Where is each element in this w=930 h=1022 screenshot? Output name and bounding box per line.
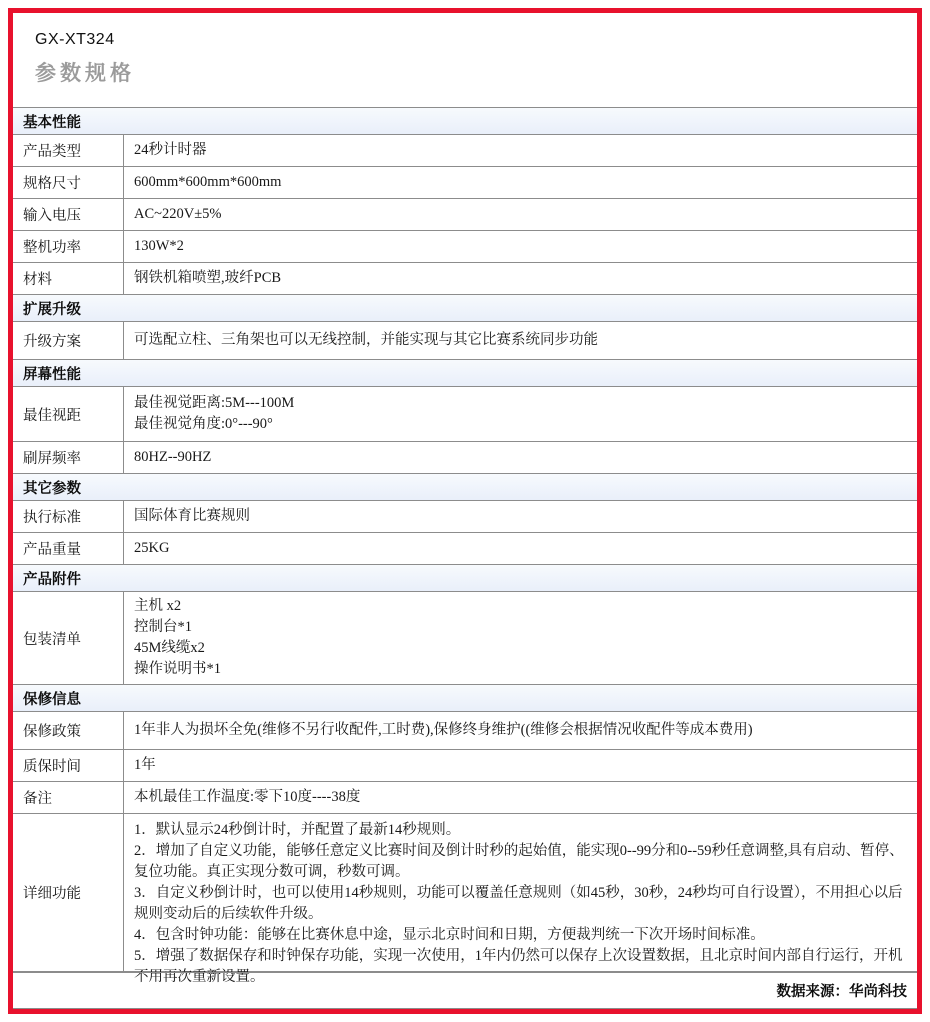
table-row: 输入电压 AC~220V±5%	[13, 199, 917, 231]
row-value: 1．默认显示24秒倒计时，并配置了最新14秒规则。 2．增加了自定义功能，能够任…	[124, 814, 917, 971]
product-model: GX-XT324	[35, 31, 917, 49]
row-value: 24秒计时器	[124, 135, 917, 166]
section-header-screen: 屏幕性能	[13, 360, 917, 387]
page-title: 参数规格	[35, 57, 917, 87]
section-header-upgrade: 扩展升级	[13, 295, 917, 322]
section-header-accessories: 产品附件	[13, 565, 917, 592]
row-label: 产品重量	[13, 533, 124, 564]
row-label: 备注	[13, 782, 124, 813]
table-row: 包装清单 主机 x2 控制台*1 45M线缆x2 操作说明书*1	[13, 592, 917, 685]
table-row: 整机功率 130W*2	[13, 231, 917, 263]
title-block: GX-XT324 参数规格	[13, 13, 917, 107]
row-label: 整机功率	[13, 231, 124, 262]
row-value: 130W*2	[124, 231, 917, 262]
table-row: 最佳视距 最佳视觉距离:5M---100M 最佳视觉角度:0°---90°	[13, 387, 917, 442]
row-value: AC~220V±5%	[124, 199, 917, 230]
row-label: 最佳视距	[13, 387, 124, 441]
row-label: 输入电压	[13, 199, 124, 230]
row-label: 包装清单	[13, 592, 124, 684]
table-row: 规格尺寸 600mm*600mm*600mm	[13, 167, 917, 199]
table-row: 执行标准 国际体育比赛规则	[13, 501, 917, 533]
table-row: 产品类型 24秒计时器	[13, 135, 917, 167]
section-header-basic: 基本性能	[13, 108, 917, 135]
row-value: 1年非人为损坏全免(维修不另行收配件,工时费),保修终身维护((维修会根据情况收…	[124, 712, 917, 749]
row-label: 保修政策	[13, 712, 124, 749]
row-label: 规格尺寸	[13, 167, 124, 198]
section-header-warranty: 保修信息	[13, 685, 917, 712]
row-value: 80HZ--90HZ	[124, 442, 917, 473]
row-value: 最佳视觉距离:5M---100M 最佳视觉角度:0°---90°	[124, 387, 917, 441]
data-source: 数据来源：华尚科技	[13, 972, 917, 1008]
table-row: 备注 本机最佳工作温度:零下10度----38度	[13, 782, 917, 814]
row-value: 本机最佳工作温度:零下10度----38度	[124, 782, 917, 813]
row-label: 执行标准	[13, 501, 124, 532]
table-row-detailed-functions: 详细功能 1．默认显示24秒倒计时，并配置了最新14秒规则。 2．增加了自定义功…	[13, 814, 917, 972]
row-label: 升级方案	[13, 322, 124, 359]
row-label: 刷屏频率	[13, 442, 124, 473]
row-label: 产品类型	[13, 135, 124, 166]
row-value: 600mm*600mm*600mm	[124, 167, 917, 198]
spec-table: 基本性能 产品类型 24秒计时器 规格尺寸 600mm*600mm*600mm …	[13, 107, 917, 1009]
table-row: 材料 钢铁机箱喷塑,玻纤PCB	[13, 263, 917, 295]
row-value: 主机 x2 控制台*1 45M线缆x2 操作说明书*1	[124, 592, 917, 684]
row-value: 国际体育比赛规则	[124, 501, 917, 532]
row-value: 可选配立柱、三角架也可以无线控制，并能实现与其它比赛系统同步功能	[124, 322, 917, 359]
row-label: 质保时间	[13, 750, 124, 781]
table-row: 质保时间 1年	[13, 750, 917, 782]
row-label: 材料	[13, 263, 124, 294]
red-frame: GX-XT324 参数规格 基本性能 产品类型 24秒计时器 规格尺寸 600m…	[8, 8, 922, 1014]
table-row: 产品重量 25KG	[13, 533, 917, 565]
row-value: 1年	[124, 750, 917, 781]
table-row: 刷屏频率 80HZ--90HZ	[13, 442, 917, 474]
table-row: 升级方案 可选配立柱、三角架也可以无线控制，并能实现与其它比赛系统同步功能	[13, 322, 917, 360]
row-value: 25KG	[124, 533, 917, 564]
table-row: 保修政策 1年非人为损坏全免(维修不另行收配件,工时费),保修终身维护((维修会…	[13, 712, 917, 750]
section-header-other: 其它参数	[13, 474, 917, 501]
row-value: 钢铁机箱喷塑,玻纤PCB	[124, 263, 917, 294]
row-label: 详细功能	[13, 814, 124, 971]
